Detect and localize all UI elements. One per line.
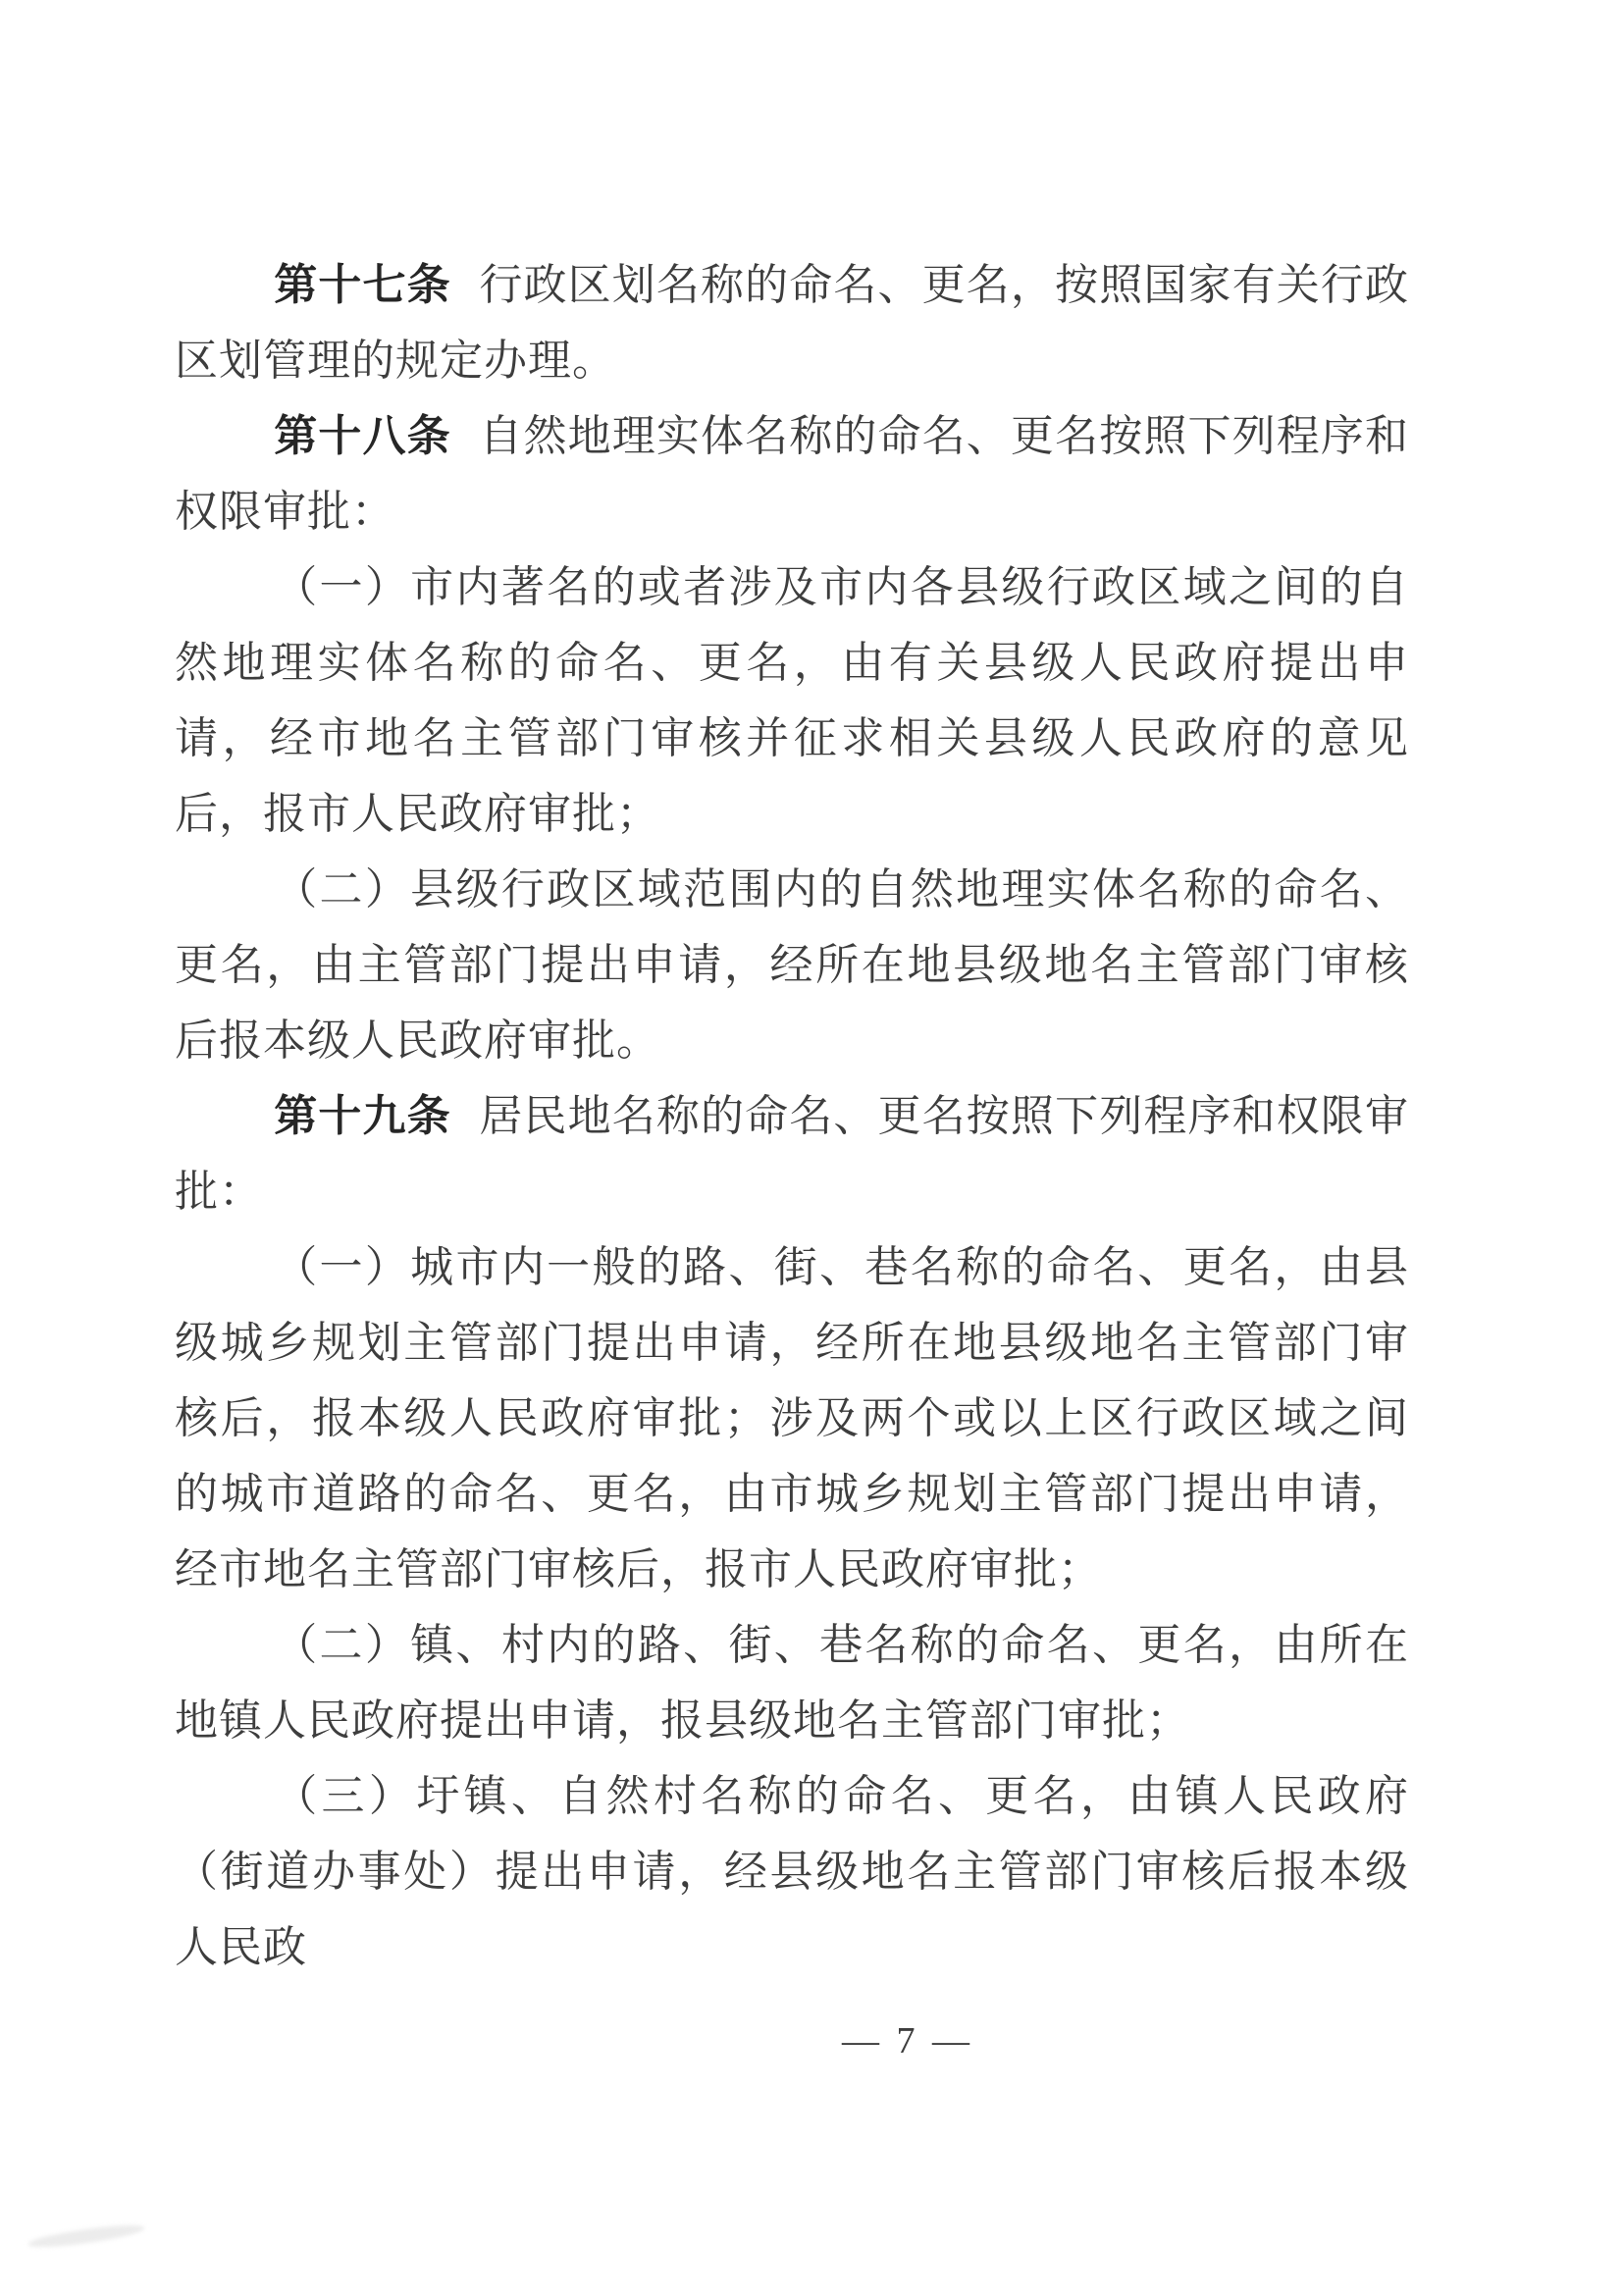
article-18-item-2-text: （二）县级行政区域范围内的自然地理实体名称的命名、更名，由主管部门提出申请，经所… — [175, 865, 1409, 1065]
paragraph-article-19: 第十九条居民地名称的命名、更名按照下列程序和权限审批： — [175, 1078, 1409, 1229]
article-19-item-3-text: （三）圩镇、自然村名称的命名、更名，由镇人民政府（街道办事处）提出申请，经县级地… — [175, 1772, 1409, 1971]
article-17-number: 第十七条 — [274, 261, 451, 309]
article-19-number: 第十九条 — [274, 1092, 451, 1140]
paragraph-article-19-item-1: （一）城市内一般的路、街、巷名称的命名、更名，由县级城乡规划主管部门提出申请，经… — [175, 1229, 1409, 1607]
article-18-item-1-text: （一）市内著名的或者涉及市内各县级行政区域之间的自然地理实体名称的命名、更名，由… — [175, 563, 1409, 838]
article-19-item-2-text: （二）镇、村内的路、街、巷名称的命名、更名，由所在地镇人民政府提出申请，报县级地… — [175, 1621, 1409, 1745]
article-18-number: 第十八条 — [274, 412, 451, 460]
article-19-item-1-text: （一）城市内一般的路、街、巷名称的命名、更名，由县级城乡规划主管部门提出申请，经… — [175, 1243, 1409, 1593]
scan-artifact-smudge — [27, 2221, 146, 2252]
document-text-block: 第十七条行政区划名称的命名、更名，按照国家有关行政区划管理的规定办理。 第十八条… — [175, 247, 1409, 1985]
page-number: — 7 — — [842, 2019, 973, 2062]
paragraph-article-19-item-2: （二）镇、村内的路、街、巷名称的命名、更名，由所在地镇人民政府提出申请，报县级地… — [175, 1607, 1409, 1758]
paragraph-article-18-item-2: （二）县级行政区域范围内的自然地理实体名称的命名、更名，由主管部门提出申请，经所… — [175, 852, 1409, 1078]
paragraph-article-17: 第十七条行政区划名称的命名、更名，按照国家有关行政区划管理的规定办理。 — [175, 247, 1409, 398]
paragraph-article-19-item-3: （三）圩镇、自然村名称的命名、更名，由镇人民政府（街道办事处）提出申请，经县级地… — [175, 1758, 1409, 1985]
scanned-document-page: 第十七条行政区划名称的命名、更名，按照国家有关行政区划管理的规定办理。 第十八条… — [0, 0, 1623, 2296]
paragraph-article-18: 第十八条自然地理实体名称的命名、更名按照下列程序和权限审批： — [175, 398, 1409, 549]
paragraph-article-18-item-1: （一）市内著名的或者涉及市内各县级行政区域之间的自然地理实体名称的命名、更名，由… — [175, 549, 1409, 852]
